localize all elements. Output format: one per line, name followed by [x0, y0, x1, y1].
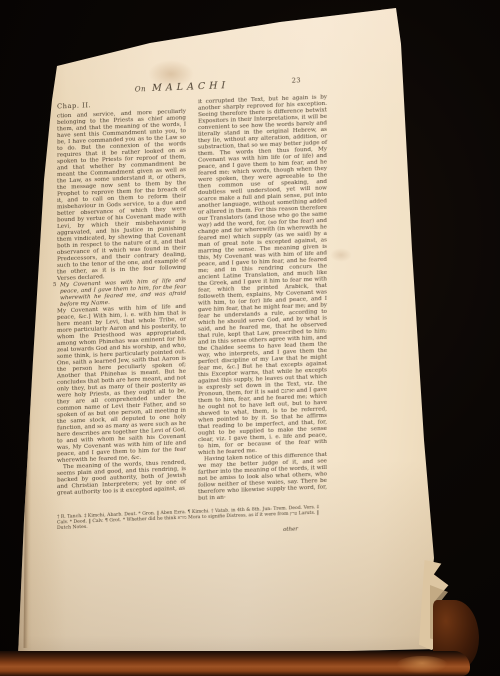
left-paragraph-3: The meaning of the words, thus rendred, … [57, 459, 186, 496]
right-paragraph-1: it corrupted the Text, but he again is b… [198, 93, 327, 455]
verse-text: My Covenant was with him of life and pea… [60, 276, 186, 307]
left-paragraph-1: ction and service, and more peculiarly b… [57, 108, 186, 282]
foxing-spot [330, 248, 352, 262]
printed-text-block: OnMALACHI 23 Chap. II. ction and service… [57, 76, 327, 541]
header-title: MALACHI [152, 80, 229, 94]
left-paragraph-2: My Covenant was with him of life and pea… [57, 303, 186, 464]
page-number: 23 [292, 77, 301, 85]
right-column: it corrupted the Text, but he again is b… [198, 93, 327, 501]
cover-highlight [396, 656, 448, 674]
verse-paragraph: 5 My Covenant was with him of life and p… [57, 277, 186, 308]
header-on-label: On [135, 85, 146, 93]
book-photo: OnMALACHI 23 Chap. II. ction and service… [0, 0, 500, 676]
gutter-crease [24, 90, 35, 648]
right-paragraph-2: Having taken notice of this difference t… [198, 451, 327, 501]
page-edge-ridge [9, 78, 26, 650]
left-column: Chap. II. ction and service, and more pe… [57, 99, 186, 507]
verse-number: 5 [53, 282, 56, 289]
text-columns: Chap. II. ction and service, and more pe… [57, 93, 327, 506]
